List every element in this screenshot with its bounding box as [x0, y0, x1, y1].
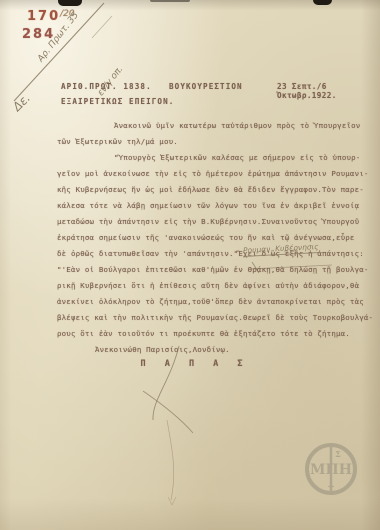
typed-line: ρους ὅτι ἐὰν τοιοῦτόν τι προέκυπτε θὰ ἐξ…: [57, 326, 357, 342]
typed-line: γεῖον μοὶ ἀνεκοίνωσε τὴν εἰς τὸ ἡμέτερον…: [57, 166, 357, 182]
typed-line: μεταδώσω τὴν ἀπάντησιν εἰς τὴν Β.Κυβέρνη…: [57, 214, 357, 230]
typed-line: ἀνεκίνει ὁλόκληρον τὸ ζήτημα,τοῦθ'ὅπερ δ…: [57, 294, 357, 310]
typed-line: βλέψεις καὶ τὴν πολιτικὴν τῆς Ρουμανίας.…: [57, 310, 357, 326]
typed-line: Ἀνεκοινώθη Παρισίοις,Λονδίνῳ.: [57, 342, 357, 358]
typed-line: "Ὑπουργὸς Ἐξωτερικῶν καλέσας με σήμερον …: [57, 150, 357, 166]
registry-number-top: 170: [27, 9, 60, 24]
paper-tear-mark: [150, 0, 190, 2]
typed-line: ρικῇ Κυβερνήσει ὅτι ἡ ἐπίθεσις αὕτη δὲν …: [57, 278, 357, 294]
place-name: ΒΟΥΚΟΥΡΕΣΤΙΟΝ: [169, 82, 277, 100]
pencil-initials: Δε.: [10, 91, 33, 114]
telegram-body: Ἀνακοινῶ ὑμῖν κατωτέρω ταὐτάριθμον πρὸς …: [57, 118, 357, 358]
svg-text:✢: ✢: [328, 482, 334, 491]
document-date: 23 Σεπτ./6 Ὀκτωβρ.1922.: [277, 82, 357, 100]
typed-line: Ἀνακοινῶ ὑμῖν κατωτέρω ταὐτάριθμον πρὸς …: [57, 118, 357, 134]
paper-tear-mark: [313, 0, 332, 5]
typed-line: "'Εὰν οἱ Βούλγαροι ἐπιτεθῶσι καθ'ἡμῶν ἐν…: [57, 262, 357, 278]
signature-papas: Π Α Π Α Σ: [140, 359, 250, 369]
typed-line: κάλεσα τότε νὰ λάβῃ σημείωσιν τῶν λόγων …: [57, 198, 357, 214]
paper-tear-mark: [58, 0, 82, 6]
svg-text:Σ: Σ: [335, 449, 341, 459]
typed-line: κῆς Κυβερνήσεως ἥν ὡς μοὶ ἐδήλωσε δὲν θὰ…: [57, 182, 357, 198]
typed-line: τῶν Ἐξωτερικῶν τηλ/μά μου.: [57, 134, 357, 150]
scanned-telegram-document: 170/20 284 Αρ. Πρωτ. 35 εν/γ οπ. Δε. ΑΡΙ…: [0, 0, 380, 530]
archive-stamp-monogram: ΜΠΗ: [310, 462, 352, 478]
archive-stamp-icon: ΜΠΗ Σ ✢: [302, 440, 360, 498]
urgency-label: ΕΞΑΙΡΕΤΙΚΩΣ ΕΠΕΙΓΟΝ.: [61, 97, 174, 106]
